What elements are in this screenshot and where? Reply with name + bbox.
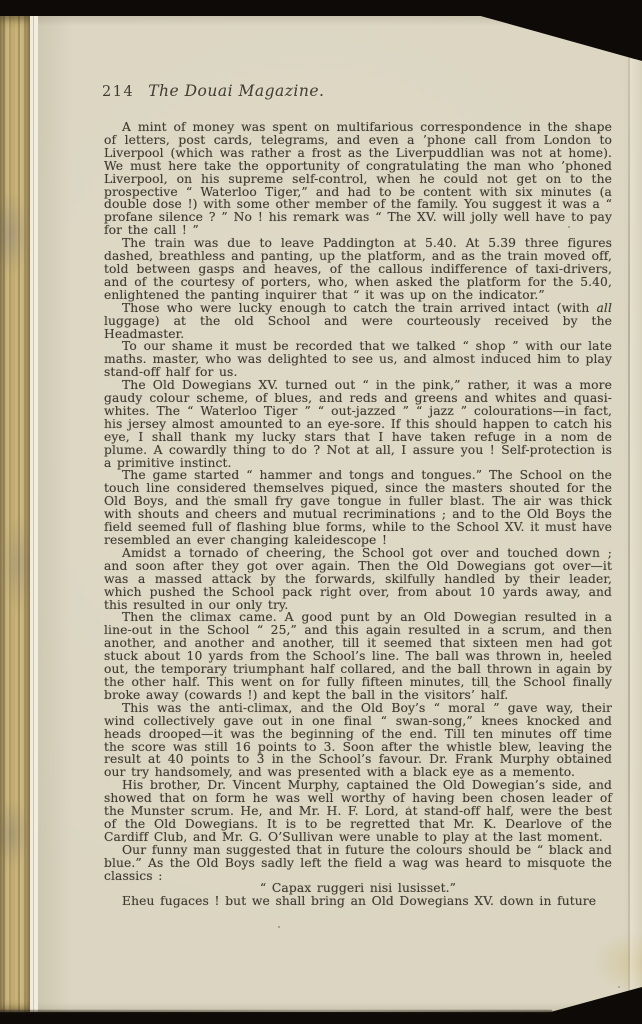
black-band-bottom: [0, 1012, 642, 1024]
paragraph: His brother, Dr. Vincent Murphy, captain…: [104, 779, 612, 844]
article-body: 214 The Douai Magazine. A mint of money …: [104, 82, 612, 908]
paragraph: Those who were lucky enough to catch the…: [104, 302, 612, 341]
page-edge-sliver: [30, 16, 38, 1016]
magazine-title: The Douai Magazine.: [148, 82, 324, 100]
paragraph: A mint of money was spent on multifariou…: [104, 121, 612, 237]
black-band-top: [0, 0, 642, 16]
paragraph: Eheu fugaces ! but we shall bring an Old…: [104, 895, 612, 908]
page-right-edge: [630, 16, 642, 1012]
paragraph: Then the climax came. A good punt by an …: [104, 611, 612, 701]
page-bottom-edge-shadow: [0, 1010, 552, 1013]
paragraph: The game started “ hammer and tongs and …: [104, 469, 612, 546]
paragraph: Amidst a tornado of cheering, the School…: [104, 547, 612, 612]
page-header: 214 The Douai Magazine.: [102, 82, 612, 100]
paragraph: To our shame it must be recorded that we…: [104, 340, 612, 379]
page-number: 214: [102, 84, 134, 100]
magazine-page: 214 The Douai Magazine. A mint of money …: [38, 16, 642, 1012]
book-fore-edge: [0, 14, 30, 1014]
paragraph: The train was due to leave Paddington at…: [104, 237, 612, 302]
paragraph: The Old Dowegians XV. turned out “ in th…: [104, 379, 612, 469]
paragraph: Our funny man suggested that in future t…: [104, 844, 612, 883]
paragraph: This was the anti-climax, and the Old Bo…: [104, 702, 612, 779]
